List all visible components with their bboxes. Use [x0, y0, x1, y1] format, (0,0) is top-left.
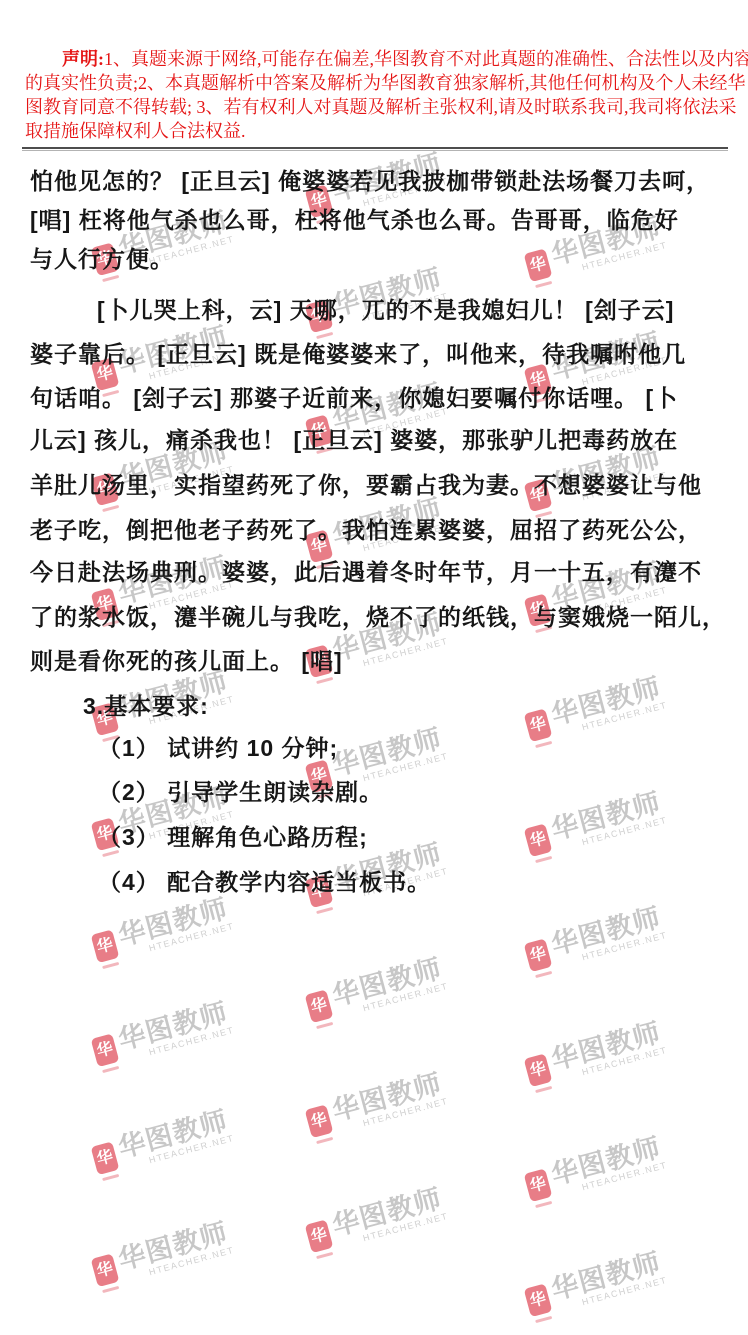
disclaimer-text: 1、真题来源于网络,可能存在偏差,华图教育不对此真题的准确性、合法性以及内容	[104, 49, 748, 69]
body-line: 儿云] 孩儿，痛杀我也！ [正旦云] 婆婆，那张驴儿把毒药放在	[30, 419, 744, 461]
body-line: 婆子靠后。 [正旦云] 既是俺婆婆来了，叫他来，待我嘱咐他几	[30, 333, 744, 375]
body-line: 句话咱。 [刽子云] 那婆子近前来，你媳妇要嘱付你话哩。 [卜	[30, 377, 744, 419]
document-page: 华 华图教师 HTEACHER.NET 华 华图教师 HTEACHER.NET	[0, 0, 748, 1335]
disclaimer-line: 的真实性负责;2、本真题解析中答案及解析为华图教育独家解析,其他任何机构及个人未…	[25, 70, 735, 96]
body-line: 老子吃，倒把他老子药死了。我怕连累婆婆，屈招了药死公公，	[30, 509, 744, 551]
body-line: 今日赴法场典刑。婆婆，此后遇着冬时年节，月一十五，有瀽不	[30, 551, 744, 593]
body-line: [唱] 枉将他气杀也么哥，枉将他气杀也么哥。告哥哥，临危好	[30, 199, 744, 241]
body-line: 怕他见怎的？ [正旦云] 俺婆婆若见我披枷带锁赴法场餐刀去呵，	[30, 160, 744, 202]
disclaimer-label: 声明:	[62, 49, 104, 69]
disclaimer-line: 图教育同意不得转载; 3、若有权利人对真题及解析主张权利,请及时联系我司,我司将…	[25, 94, 735, 120]
requirements-heading: 3.基本要求:	[83, 685, 483, 727]
requirement-item: （2） 引导学生朗读杂剧。	[98, 771, 598, 813]
requirement-item: （3） 理解角色心路历程;	[98, 816, 598, 858]
disclaimer-line: 声明:1、真题来源于网络,可能存在偏差,华图教育不对此真题的准确性、合法性以及内…	[25, 46, 735, 72]
divider-line-shadow	[22, 150, 728, 151]
body-line: 了的浆水饭，瀽半碗儿与我吃，烧不了的纸钱，与窦娥烧一陌儿，	[30, 596, 744, 638]
requirement-item: （1） 试讲约 10 分钟;	[98, 727, 598, 769]
body-line: 与人行方便。	[30, 238, 744, 280]
disclaimer-line: 取措施保障权利人合法权益.	[25, 118, 735, 144]
requirement-item: （4） 配合教学内容适当板书。	[98, 861, 598, 903]
body-line: 羊肚儿汤里，实指望药死了你，要霸占我为妻。不想婆婆让与他	[30, 464, 744, 506]
document-content: 声明:1、真题来源于网络,可能存在偏差,华图教育不对此真题的准确性、合法性以及内…	[0, 0, 748, 1335]
body-line: 则是看你死的孩儿面上。 [唱]	[30, 640, 744, 682]
divider-line	[22, 147, 728, 149]
body-line: [卜儿哭上科，云] 天哪，兀的不是我媳妇儿！ [刽子云]	[97, 289, 748, 331]
